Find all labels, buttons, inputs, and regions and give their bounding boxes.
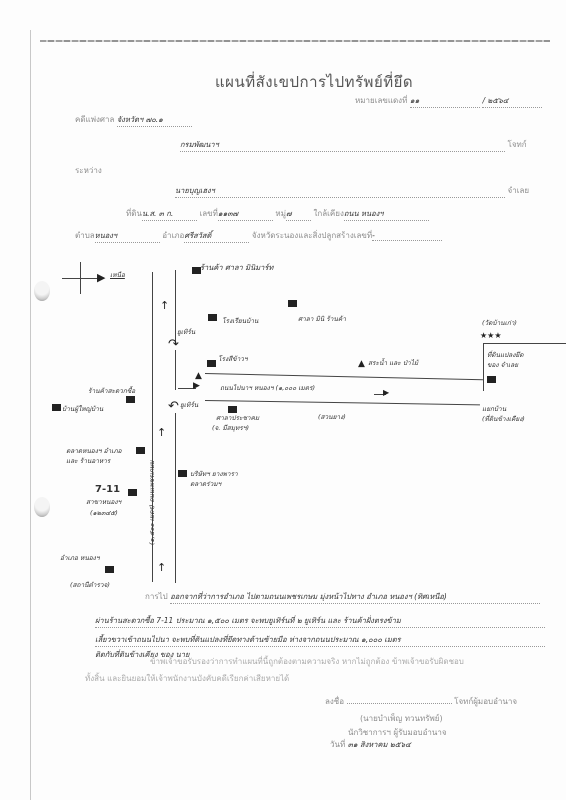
house-mid-label: ศาลาประชาคม [216, 413, 259, 423]
side-road-label: ถนนไปนาฯ หนองฯ (๑,๐๐๐ เมตร) [220, 383, 315, 393]
up-arrow-icon: ↑ [157, 427, 166, 438]
u-turn-icon: ↷ [168, 338, 179, 351]
amphoe-value: ศรีสวัสดิ์ [184, 230, 249, 243]
date-value: ๓๑ สิงหาคม ๒๕๖๔ [348, 740, 411, 749]
top-shop-label: ร้านค้า ศาลา มินิมาร์ท [200, 262, 273, 274]
pond-label: สระน้ำ และ ป่าไม้ [368, 358, 418, 368]
number-value: ๑๑๓๗ [218, 208, 273, 221]
police-station-label: (สถานีตำรวจ) [70, 580, 110, 590]
highway-label: (๑,๕๐๐ เมตร) ถนนเพชรเกษม [147, 461, 157, 545]
building-icon [52, 404, 61, 411]
building-icon [207, 360, 216, 367]
up-arrow-icon: ↑ [157, 562, 166, 573]
building-icon [178, 470, 187, 477]
left-shop-label: ร้านค้าสะดวกซื้อ [88, 386, 135, 396]
page-edge [30, 30, 31, 800]
sign-label: ลงชื่อ [325, 697, 344, 706]
plaintiff-role: โจทก์ [508, 140, 527, 149]
junction-sub: (ที่ดินข้างเคียง) [482, 414, 525, 424]
case-number-label: หมายเลขแดงที่ [355, 96, 407, 105]
case-number-value: ๑๑ [410, 95, 480, 108]
plot-top-edge [483, 343, 566, 344]
u-turn-label: ยูเทิร์น [177, 327, 195, 337]
district-office-label: อำเภอ หนองฯ [60, 553, 100, 563]
amphoe-label: อำเภอ [162, 231, 184, 240]
land-label: ที่ดิน [126, 209, 142, 218]
temple-label: ตลาดหนองฯ อำเภอ [66, 446, 122, 456]
right-arrow-icon: ▶ [193, 382, 200, 391]
certification-line-1: ข้าพเจ้าขอรับรองว่าการทำแผนที่นี้ถูกต้อง… [150, 655, 464, 668]
creditor-value: จังหวัดฯ ๗๐.๑ [117, 114, 192, 127]
top-rule [40, 40, 550, 42]
school-label: โรงเรียนบ้าน [222, 316, 258, 326]
building-icon [126, 396, 135, 403]
building-icon [105, 566, 114, 573]
defendant-role: จำเลย [508, 186, 530, 195]
building-icon [228, 406, 237, 413]
near-value: ถนน หนองฯ [344, 208, 429, 221]
document-title: แผนที่สังเขปการไปทรัพย์ที่ยึด [215, 70, 413, 94]
turn-arrow-icon: ▲ [195, 372, 202, 381]
building-icon [128, 489, 137, 496]
seven-eleven-sub: สาขาหนองฯ [86, 497, 121, 507]
seven-eleven-number: (๑๒๓๔๕) [90, 508, 118, 518]
directions-lead: การไป [145, 592, 168, 601]
tambon-value: หนองฯ [95, 230, 160, 243]
tree-icon: ▲ [358, 360, 365, 369]
number-label: เลขที่ [199, 209, 217, 218]
building-icon [288, 300, 297, 307]
junction-label: แยกบ้าน [482, 404, 506, 414]
highway-right-edge-top [175, 270, 176, 345]
up-arrow-icon: ↑ [160, 300, 169, 311]
land-value: น.ส. ๓ ก. [142, 208, 197, 221]
scanned-page: แผนที่สังเขปการไปทรัพย์ที่ยึด หมายเลขแดง… [0, 0, 566, 800]
compass-horizontal [62, 278, 100, 279]
right-arrow-icon: ▶ [383, 389, 389, 397]
left-house-label: บ้านผู้ใหญ่บ้าน [62, 404, 103, 414]
moo-label: หมู่ [275, 209, 286, 218]
signer-name: (นายบำเพ็ญ ทวนทรัพย์) [360, 712, 443, 725]
date-label: วันที่ [330, 740, 345, 749]
punch-hole [34, 281, 50, 301]
north-arrow-icon: ▶ [97, 272, 105, 283]
signature-field [347, 703, 452, 704]
province-value: - [372, 231, 442, 241]
orchard-label: (สวนยาง) [318, 412, 346, 422]
temple-top-label: (วัดบ้านเก่า) [482, 318, 517, 328]
u-turn-icon: ↶ [168, 400, 179, 413]
building-icon [136, 447, 145, 454]
tambon-label: ตำบล [75, 231, 95, 240]
punch-hole [34, 497, 50, 517]
certification-line-2: ทั้งสิ้น และยินยอมให้เจ้าพนักงานบังคับคด… [85, 672, 289, 685]
directions-line-1: ออกจากที่ว่าการอำเภอ ไปตามถนนเพชรเกษม มุ… [170, 591, 540, 604]
target-land-label: ที่ดินแปลงยึด [487, 350, 523, 360]
highway-right-edge-mid [175, 350, 176, 390]
company-sub: ตลาดร่วมฯ [190, 479, 221, 489]
signer-role: โจทก์ผู้มอบอำนาจ [454, 697, 517, 706]
moo-value: ๗ [286, 208, 311, 221]
defendant-value: นายบุญเฮงฯ [175, 185, 505, 198]
target-land-sub: ของ จำเลย [487, 360, 518, 370]
stars-icon: ★★★ [480, 331, 502, 340]
u-turn-label: ยูเทิร์น [180, 400, 198, 410]
plot-left-edge [483, 343, 484, 391]
creditor-label: คดีแพ่งศาล [75, 115, 114, 124]
near-label: ใกล้เคียง [314, 209, 344, 218]
province-label: จังหวัดระนองและสิ่งปลูกสร้างเลขที่ [252, 231, 372, 240]
side-road-bottom [205, 400, 480, 405]
company-label: บริษัทฯ ยางพารา [190, 469, 238, 479]
seven-eleven-label: 7-11 [95, 484, 120, 495]
north-label: เหนือ [110, 270, 125, 280]
temple-sub: และ ร้านอาหาร [66, 456, 110, 466]
building-icon [208, 314, 217, 321]
target-building-icon [487, 376, 496, 383]
plaintiff-value: กรมพัฒนาฯ [180, 139, 505, 152]
between-label: ระหว่าง [75, 164, 102, 177]
side-road-top [205, 373, 483, 380]
shop-right-label: ศาลา มินิ ร้านค้า [298, 314, 346, 324]
highway-right-edge-bottom [175, 413, 176, 583]
case-year: / ๒๕๖๔ [482, 95, 542, 108]
mill-label: โรงสีข้าวฯ [218, 354, 248, 364]
house-mid-sub: (จ. มีสมุทรฯ) [212, 423, 249, 433]
